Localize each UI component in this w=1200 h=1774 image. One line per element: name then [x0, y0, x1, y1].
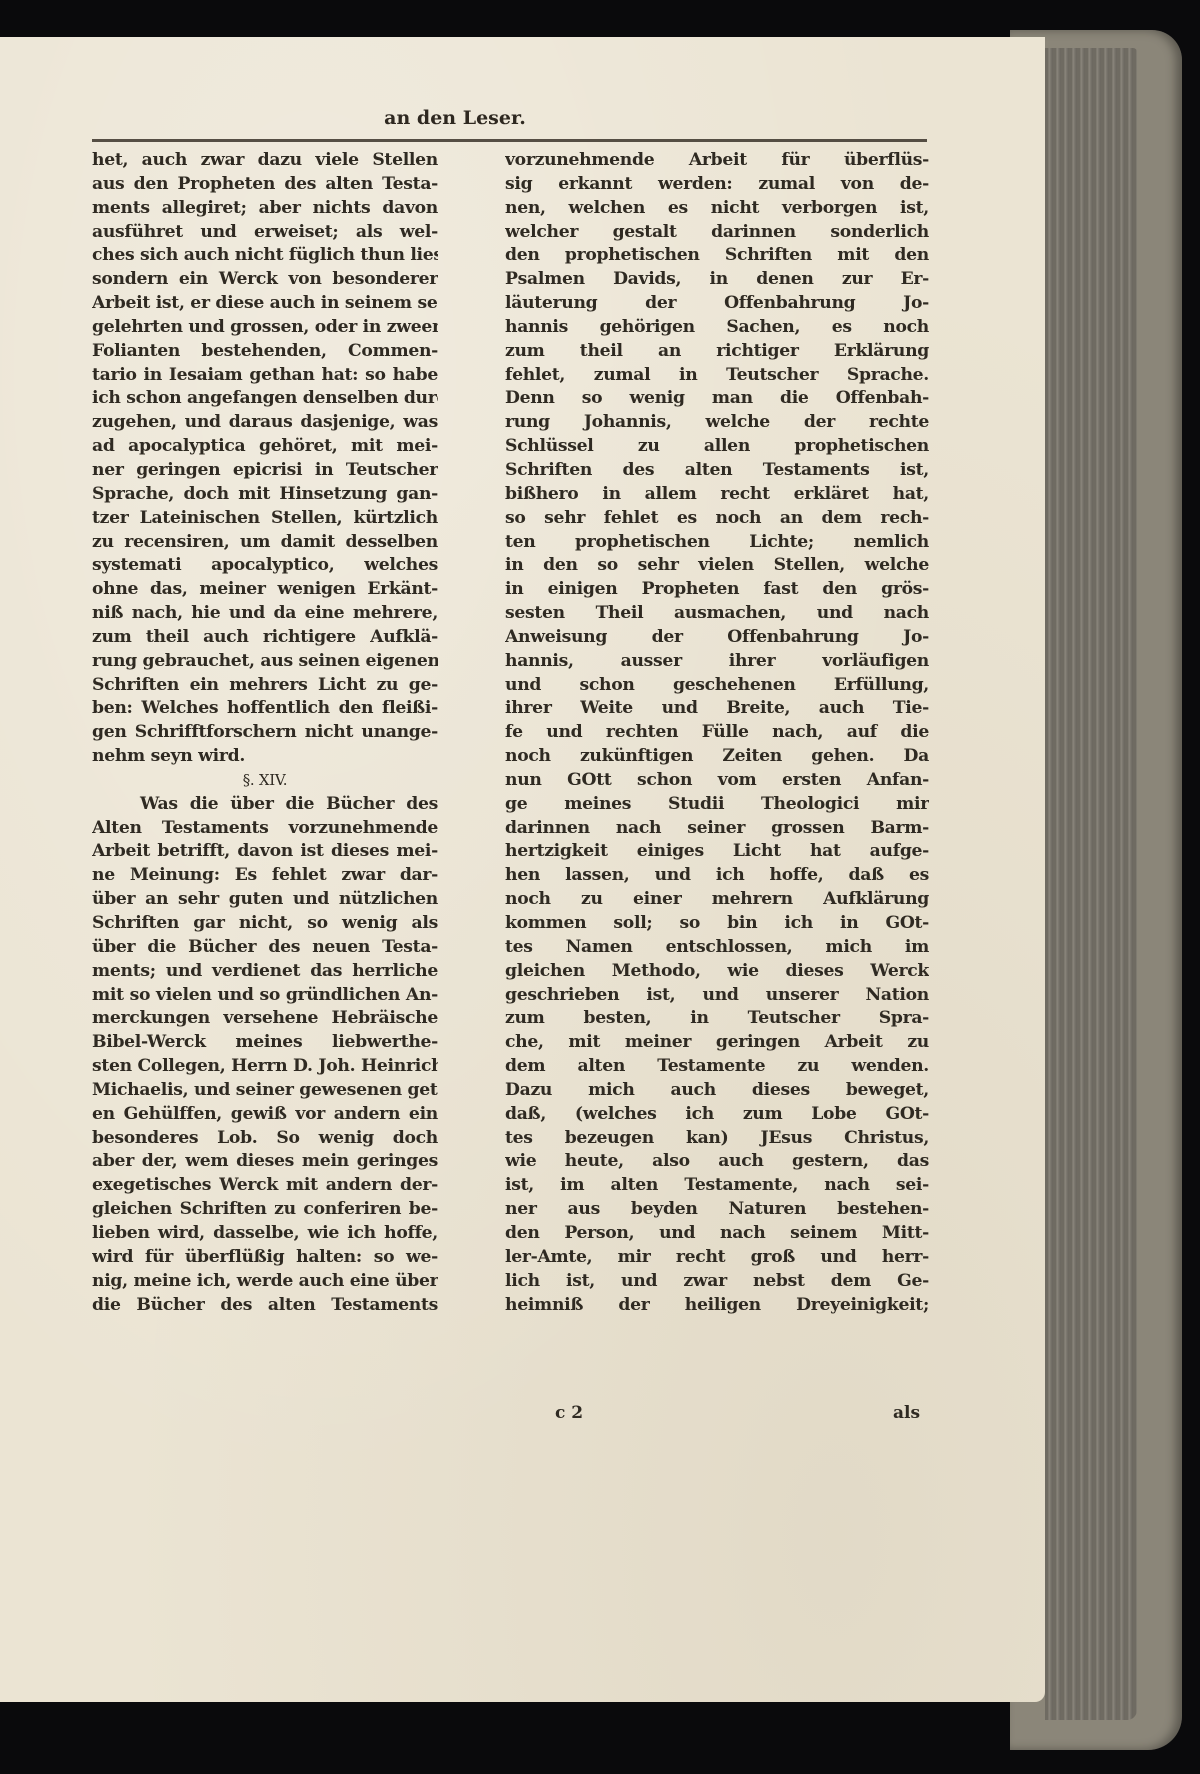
text-line: noch zu einer mehrern Aufklärung: [505, 888, 929, 912]
text-line: sig erkannt werden: zumal von de-: [505, 173, 929, 197]
text-line: zu recensiren, um damit desselben: [92, 531, 438, 555]
text-line: die Bücher des alten Testaments: [92, 1294, 438, 1318]
text-line: ches sich auch nicht füglich thun liesse…: [92, 244, 438, 268]
text-line: über die Bücher des neuen Testa-: [92, 936, 438, 960]
text-line: Arbeit betrifft, davon ist dieses mei-: [92, 840, 438, 864]
text-line: in einigen Propheten fast den grös-: [505, 578, 929, 602]
signature-mark: c 2: [555, 1403, 583, 1423]
text-line: ist, im alten Testamente, nach sei-: [505, 1174, 929, 1198]
text-line: geschrieben ist, und unserer Nation: [505, 984, 929, 1008]
text-line: Psalmen Davids, in denen zur Er-: [505, 268, 929, 292]
section-heading: §. XIV.: [92, 769, 438, 793]
text-line: Dazu mich auch dieses beweget,: [505, 1079, 929, 1103]
text-line: ich schon angefangen denselben durch-: [92, 387, 438, 411]
text-line: ten prophetischen Lichte; nemlich: [505, 531, 929, 555]
text-line: gleichen Methodo, wie dieses Werck: [505, 960, 929, 984]
text-line: Schriften gar nicht, so wenig als: [92, 912, 438, 936]
text-line: läuterung der Offenbahrung Jo-: [505, 292, 929, 316]
text-line: hannis gehörigen Sachen, es noch: [505, 316, 929, 340]
text-line: und schon geschehenen Erfüllung,: [505, 674, 929, 698]
text-line: ihrer Weite und Breite, auch Tie-: [505, 697, 929, 721]
text-line: daß, (welches ich zum Lobe GOt-: [505, 1103, 929, 1127]
text-line: lich ist, und zwar nebst dem Ge-: [505, 1270, 929, 1294]
text-line: heimniß der heiligen Dreyeinigkeit;: [505, 1294, 929, 1318]
text-line: Bibel-Werck meines liebwerthe-: [92, 1031, 438, 1055]
text-line: bißhero in allem recht erkläret hat,: [505, 483, 929, 507]
text-line: zum besten, in Teutscher Spra-: [505, 1007, 929, 1031]
text-line: tes bezeugen kan) JEsus Christus,: [505, 1127, 929, 1151]
text-line: exegetisches Werck mit andern der-: [92, 1174, 438, 1198]
text-line: fehlet, zumal in Teutscher Sprache.: [505, 364, 929, 388]
text-line: che, mit meiner geringen Arbeit zu: [505, 1031, 929, 1055]
text-line: wird für überflüßig halten: so we-: [92, 1246, 438, 1270]
text-line: ben: Welches hoffentlich den fleißi-: [92, 697, 438, 721]
text-line: fe und rechten Fülle nach, auf die: [505, 721, 929, 745]
header-rule: [92, 139, 927, 142]
text-line: mit so vielen und so gründlichen An-: [92, 984, 438, 1008]
text-line: Schriften des alten Testaments ist,: [505, 459, 929, 483]
text-line: niß nach, hie und da eine mehrere,: [92, 602, 438, 626]
text-line: in den so sehr vielen Stellen, welche: [505, 554, 929, 578]
text-line: sondern ein Werck von besonderer: [92, 268, 438, 292]
text-line: gelehrten und grossen, oder in zween: [92, 316, 438, 340]
text-line: besonderes Lob. So wenig doch: [92, 1127, 438, 1151]
text-line: zum theil an richtiger Erklärung: [505, 340, 929, 364]
text-line: ausführet und erweiset; als wel-: [92, 221, 438, 245]
text-line: lieben wird, dasselbe, wie ich hoffe,: [92, 1222, 438, 1246]
text-line: ments allegiret; aber nichts davon: [92, 197, 438, 221]
right-column: vorzunehmende Arbeit für überflüs-sig er…: [505, 149, 929, 1317]
text-line: Schlüssel zu allen prophetischen: [505, 435, 929, 459]
text-line: ler-Amte, mir recht groß und herr-: [505, 1246, 929, 1270]
text-line: Alten Testaments vorzunehmende: [92, 817, 438, 841]
text-line: tario in Iesaiam gethan hat: so habe: [92, 364, 438, 388]
left-column: het, auch zwar dazu viele Stellenaus den…: [92, 149, 438, 1317]
text-line: über an sehr guten und nützlichen: [92, 888, 438, 912]
catchword: als: [893, 1403, 920, 1423]
book-page: an den Leser. het, auch zwar dazu viele …: [0, 37, 1045, 1702]
text-line: Arbeit ist, er diese auch in seinem sehr: [92, 292, 438, 316]
text-line: tes Namen entschlossen, mich im: [505, 936, 929, 960]
text-line: wie heute, also auch gestern, das: [505, 1150, 929, 1174]
text-line: Anweisung der Offenbahrung Jo-: [505, 626, 929, 650]
text-line: Denn so wenig man die Offenbah-: [505, 387, 929, 411]
text-line: den prophetischen Schriften mit den: [505, 244, 929, 268]
text-line: vorzunehmende Arbeit für überflüs-: [505, 149, 929, 173]
text-line: sesten Theil ausmachen, und nach: [505, 602, 929, 626]
text-line: systemati apocalyptico, welches: [92, 554, 438, 578]
text-line: Michaelis, und seiner gewesenen getreu-: [92, 1079, 438, 1103]
text-line: Schriften ein mehrers Licht zu ge-: [92, 674, 438, 698]
text-line: noch zukünftigen Zeiten gehen. Da: [505, 745, 929, 769]
text-line: ad apocalyptica gehöret, mit mei-: [92, 435, 438, 459]
text-line: ner aus beyden Naturen bestehen-: [505, 1198, 929, 1222]
text-line: hen lassen, und ich hoffe, daß es: [505, 864, 929, 888]
text-line: gen Schrifftforschern nicht unange-: [92, 721, 438, 745]
text-line: gleichen Schriften zu conferiren be-: [92, 1198, 438, 1222]
text-line: so sehr fehlet es noch an dem rech-: [505, 507, 929, 531]
text-line: dem alten Testamente zu wenden.: [505, 1055, 929, 1079]
text-line: aber der, wem dieses mein geringes: [92, 1150, 438, 1174]
text-line: merckungen versehene Hebräische: [92, 1007, 438, 1031]
text-line: ne Meinung: Es fehlet zwar dar-: [92, 864, 438, 888]
text-line: Sprache, doch mit Hinsetzung gan-: [92, 483, 438, 507]
text-line: hannis, ausser ihrer vorläufigen: [505, 650, 929, 674]
text-line: nun GOtt schon vom ersten Anfan-: [505, 769, 929, 793]
text-line: nig, meine ich, werde auch eine über: [92, 1270, 438, 1294]
text-line: darinnen nach seiner grossen Barm-: [505, 817, 929, 841]
text-line: ohne das, meiner wenigen Erkänt-: [92, 578, 438, 602]
text-line: Folianten bestehenden, Commen-: [92, 340, 438, 364]
text-line: nen, welchen es nicht verborgen ist,: [505, 197, 929, 221]
text-line: zum theil auch richtigere Aufklä-: [92, 626, 438, 650]
text-line: zugehen, und daraus dasjenige, was: [92, 411, 438, 435]
text-line: welcher gestalt darinnen sonderlich: [505, 221, 929, 245]
text-line: ge meines Studii Theologici mir: [505, 793, 929, 817]
text-line: Was die über die Bücher des: [92, 793, 438, 817]
text-line: en Gehülffen, gewiß vor andern ein: [92, 1103, 438, 1127]
text-line: nehm seyn wird.: [92, 745, 438, 769]
text-line: tzer Lateinischen Stellen, kürtzlich: [92, 507, 438, 531]
running-head: an den Leser.: [380, 107, 530, 129]
text-line: ments; und verdienet das herrliche: [92, 960, 438, 984]
text-line: ner geringen epicrisi in Teutscher: [92, 459, 438, 483]
page-block-edge: [1045, 48, 1137, 1720]
text-line: sten Collegen, Herrn D. Joh. Heinrich: [92, 1055, 438, 1079]
text-line: hertzigkeit einiges Licht hat aufge-: [505, 840, 929, 864]
text-line: kommen soll; so bin ich in GOt-: [505, 912, 929, 936]
text-line: rung Johannis, welche der rechte: [505, 411, 929, 435]
text-line: rung gebrauchet, aus seinen eigenen: [92, 650, 438, 674]
text-line: het, auch zwar dazu viele Stellen: [92, 149, 438, 173]
text-line: aus den Propheten des alten Testa-: [92, 173, 438, 197]
text-line: den Person, und nach seinem Mitt-: [505, 1222, 929, 1246]
